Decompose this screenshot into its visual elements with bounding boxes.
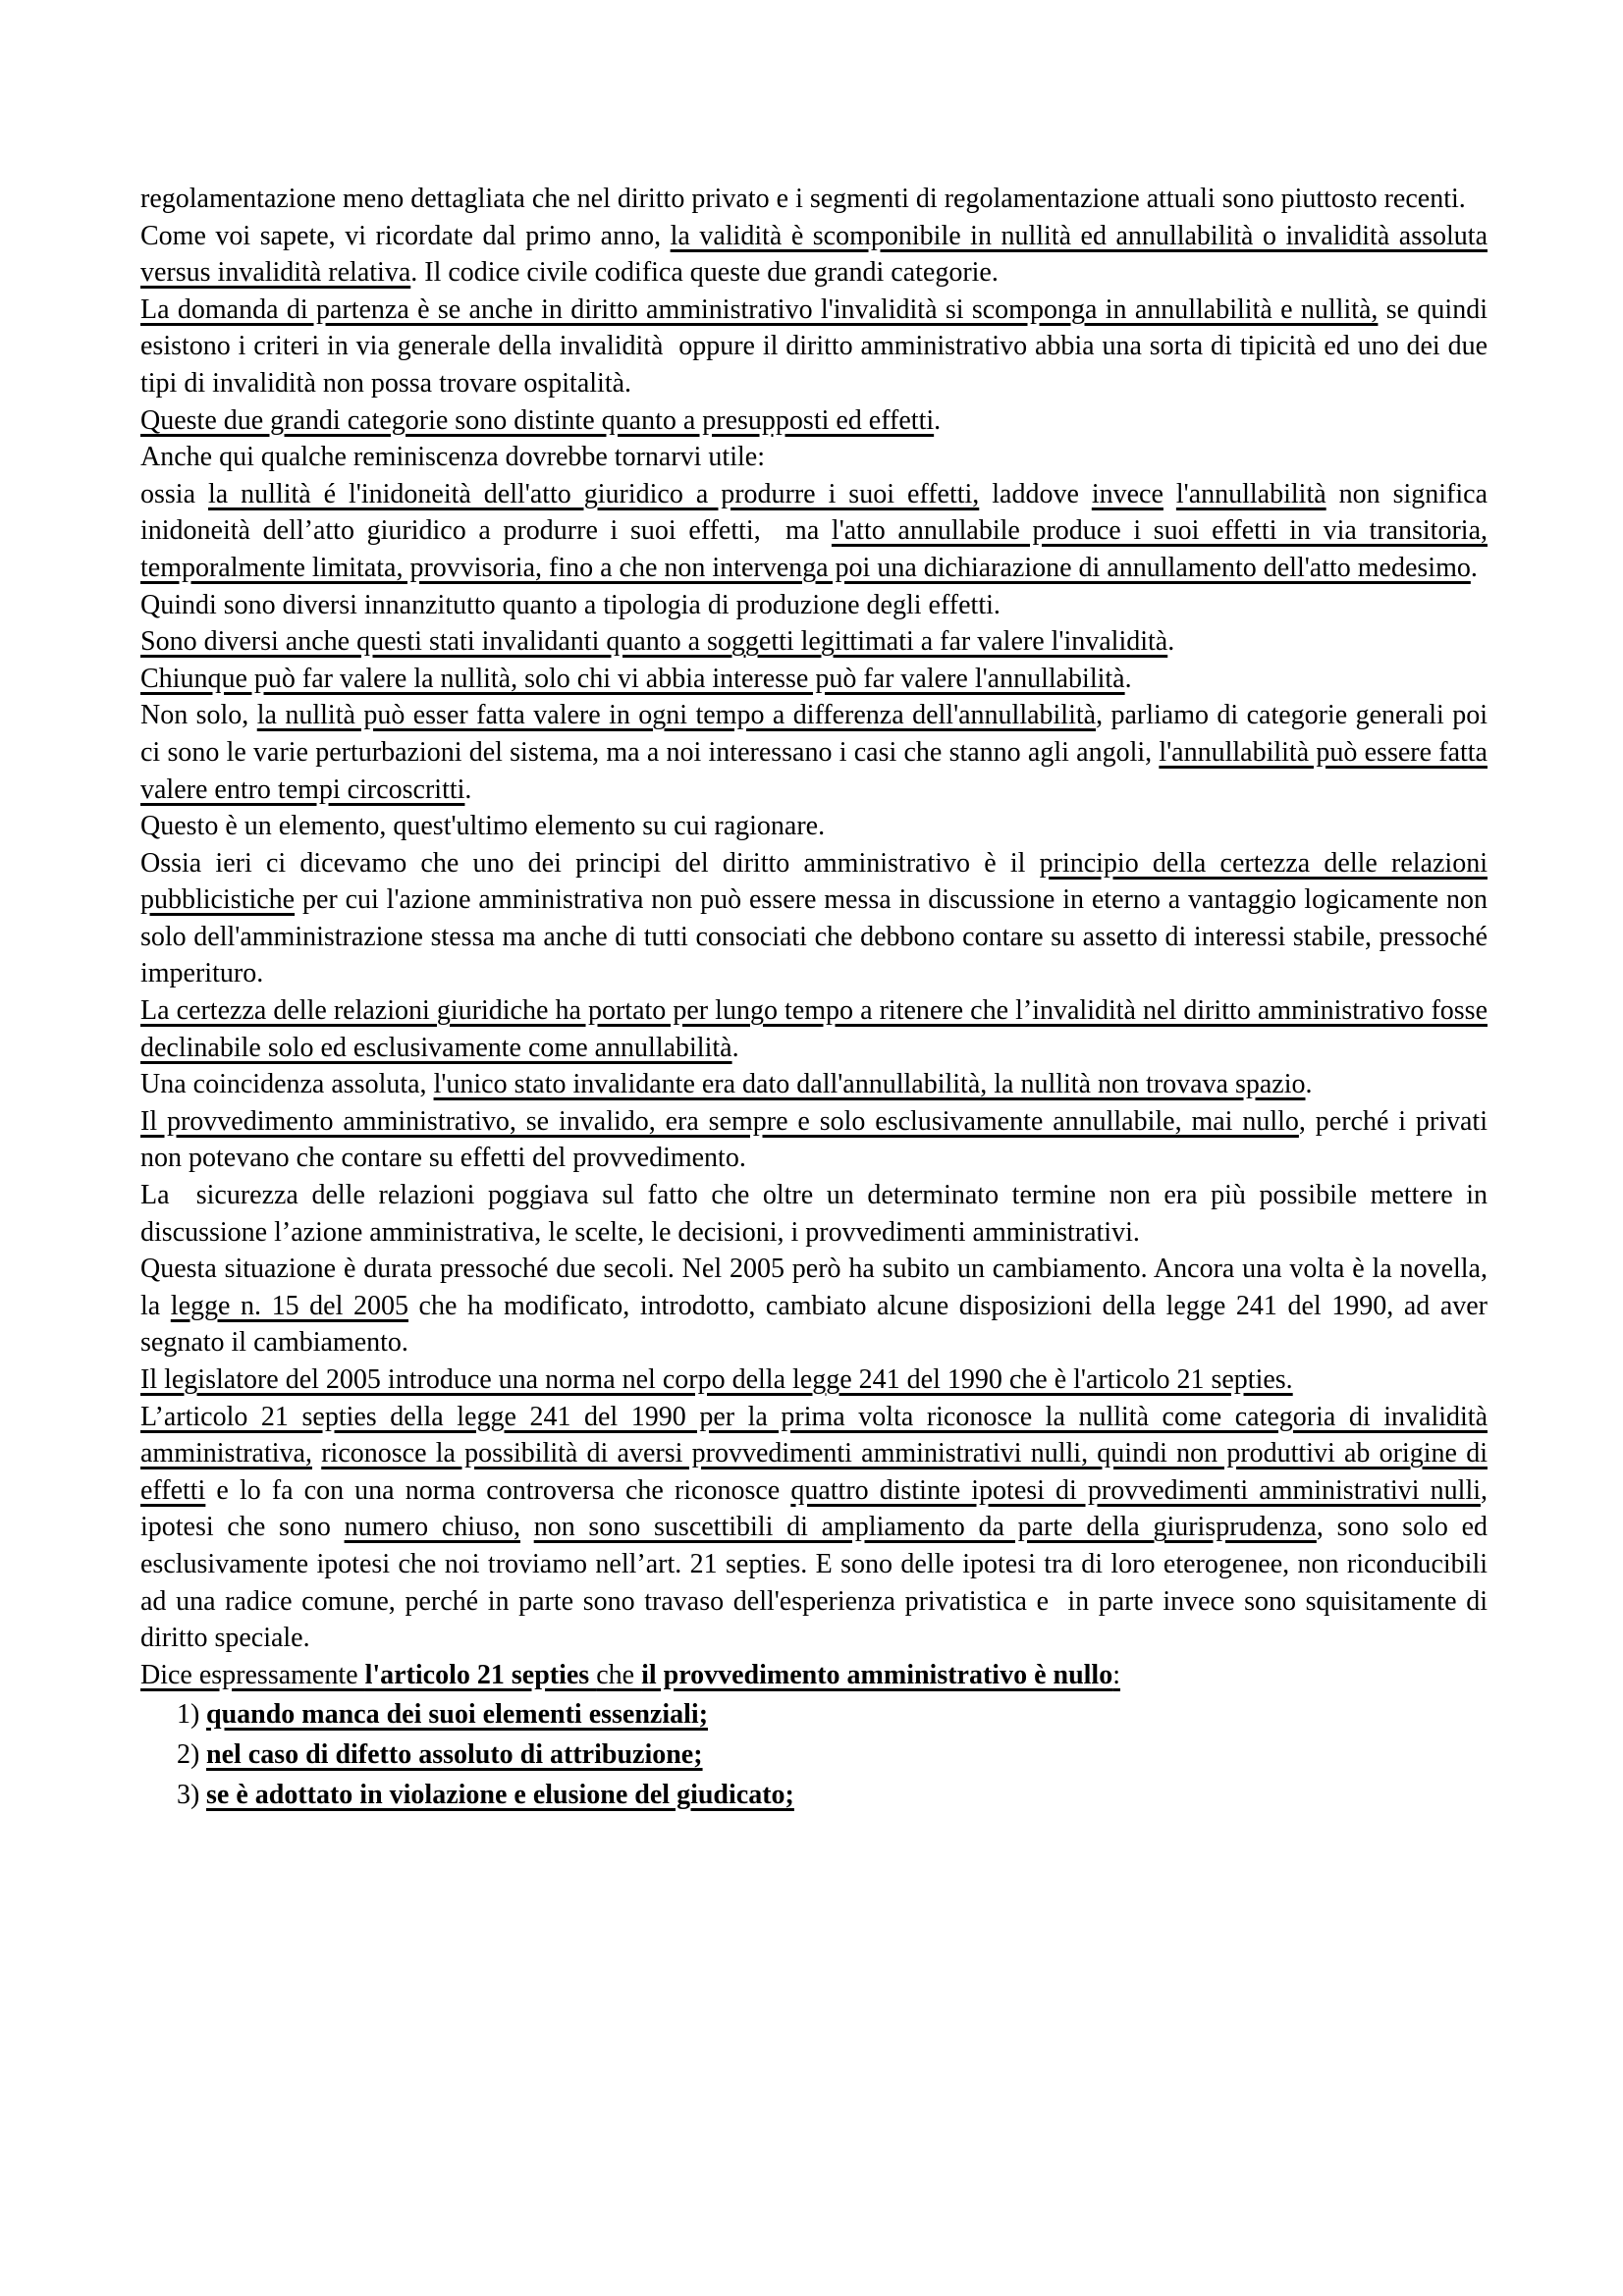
list-item: 3)se è adottato in violazione e elusione…	[140, 1777, 1488, 1814]
list-item-text: quando manca dei suoi elementi essenzial…	[206, 1696, 708, 1734]
text-run: quattro distinte ipotesi di provvediment…	[790, 1475, 1481, 1506]
text-run: l'annullabilità	[1176, 479, 1326, 509]
text-run: La sicurezza delle relazioni poggiava su…	[140, 1180, 1488, 1248]
paragraph: Chiunque può far valere la nullità, solo…	[140, 661, 1488, 698]
document-body: regolamentazione meno dettagliata che ne…	[140, 181, 1488, 1813]
list-item: 1)quando manca dei suoi elementi essenzi…	[140, 1696, 1488, 1734]
document-page: regolamentazione meno dettagliata che ne…	[0, 0, 1623, 2296]
text-run: l'articolo 21 septies	[365, 1660, 597, 1690]
list-marker: 3)	[177, 1777, 206, 1814]
paragraph: regolamentazione meno dettagliata che ne…	[140, 181, 1488, 218]
paragraph: ossia la nullità é l'inidoneità dell'att…	[140, 476, 1488, 587]
text-run	[520, 1512, 534, 1542]
paragraph: Quindi sono diversi innanzitutto quanto …	[140, 587, 1488, 624]
paragraph: Non solo, la nullità può esser fatta val…	[140, 697, 1488, 808]
paragraph: Queste due grandi categorie sono distint…	[140, 402, 1488, 440]
text-run: Ossia ieri ci dicevamo che uno dei princ…	[140, 848, 1040, 879]
text-run: .	[1471, 553, 1478, 583]
list-marker: 1)	[177, 1696, 206, 1734]
text-run: Il provvedimento amministrativo, se inva…	[140, 1106, 1299, 1137]
list-item-text: se è adottato in violazione e elusione d…	[206, 1777, 794, 1814]
text-run: per cui l'azione amministrativa non può …	[140, 884, 1488, 988]
text-run: quando manca dei suoi elementi essenzial…	[206, 1699, 708, 1730]
text-run: ossia	[140, 479, 208, 509]
text-run: e lo fa con una norma controversa che ri…	[205, 1475, 790, 1506]
paragraph: Ossia ieri ci dicevamo che uno dei princ…	[140, 845, 1488, 992]
text-run: La certezza delle relazioni giuridiche h…	[140, 995, 1488, 1063]
text-run: l'unico stato invalidante era dato dall'…	[434, 1069, 1306, 1099]
paragraph: Come voi sapete, vi ricordate dal primo …	[140, 218, 1488, 292]
text-run: che	[596, 1660, 641, 1690]
text-run: legge n. 15 del 2005	[171, 1291, 408, 1321]
text-run	[312, 1438, 321, 1468]
text-run: Chiunque può far valere la nullità, solo…	[140, 664, 1125, 694]
text-run: nel caso di difetto assoluto di attribuz…	[206, 1739, 703, 1770]
text-run: numero chiuso,	[345, 1512, 520, 1542]
text-run: Non solo,	[140, 700, 257, 730]
text-run: Anche qui qualche reminiscenza dovrebbe …	[140, 442, 765, 472]
text-run: la nullità é l'inidoneità dell'atto giur…	[208, 479, 979, 509]
text-run	[1163, 479, 1176, 509]
paragraph: La certezza delle relazioni giuridiche h…	[140, 992, 1488, 1066]
text-run: non sono suscettibili di ampliamento da …	[534, 1512, 1317, 1542]
text-run: la nullità può esser fatta valere in ogn…	[257, 700, 1096, 730]
list-item: 2)nel caso di difetto assoluto di attrib…	[140, 1736, 1488, 1774]
text-run: Queste due grandi categorie sono distint…	[140, 405, 934, 436]
paragraph: Il provvedimento amministrativo, se inva…	[140, 1103, 1488, 1177]
paragraph: Anche qui qualche reminiscenza dovrebbe …	[140, 439, 1488, 476]
text-run: .	[1306, 1069, 1313, 1099]
text-run: .	[1167, 626, 1174, 657]
paragraph: Questa situazione è durata pressoché due…	[140, 1251, 1488, 1362]
text-run: Questo è un elemento, quest'ultimo eleme…	[140, 811, 825, 841]
text-run: .	[464, 774, 471, 805]
list-marker: 2)	[177, 1736, 206, 1774]
text-run: .	[732, 1033, 739, 1063]
text-run: se è adottato in violazione e elusione d…	[206, 1780, 794, 1810]
text-run: Dice espressamente	[140, 1660, 365, 1690]
text-run: Il legislatore del 2005 introduce una no…	[140, 1364, 1293, 1395]
text-run: La domanda di partenza è se anche in dir…	[140, 294, 1378, 325]
paragraph: L’articolo 21 septies della legge 241 de…	[140, 1399, 1488, 1657]
paragraph: Questo è un elemento, quest'ultimo eleme…	[140, 808, 1488, 845]
text-run: Sono diversi anche questi stati invalida…	[140, 626, 1167, 657]
list-item-text: nel caso di difetto assoluto di attribuz…	[206, 1736, 703, 1774]
paragraph: La sicurezza delle relazioni poggiava su…	[140, 1177, 1488, 1251]
paragraph: Sono diversi anche questi stati invalida…	[140, 623, 1488, 661]
text-run: laddove	[979, 479, 1092, 509]
text-run: Quindi sono diversi innanzitutto quanto …	[140, 590, 1001, 620]
paragraph: Il legislatore del 2005 introduce una no…	[140, 1362, 1488, 1399]
text-run: Come voi sapete, vi ricordate dal primo …	[140, 221, 671, 251]
paragraph: La domanda di partenza è se anche in dir…	[140, 292, 1488, 402]
text-run: il provvedimento amministrativo è nullo	[641, 1660, 1112, 1690]
paragraph: Una coincidenza assoluta, l'unico stato …	[140, 1066, 1488, 1103]
text-run: .	[934, 405, 941, 436]
text-run: .	[1125, 664, 1132, 694]
text-run: invece	[1092, 479, 1163, 509]
text-run: :	[1112, 1660, 1120, 1690]
text-run: regolamentazione meno dettagliata che ne…	[140, 184, 1466, 214]
paragraph: Dice espressamente l'articolo 21 septies…	[140, 1657, 1488, 1694]
text-run: . Il codice civile codifica queste due g…	[410, 257, 999, 288]
text-run: Una coincidenza assoluta,	[140, 1069, 434, 1099]
